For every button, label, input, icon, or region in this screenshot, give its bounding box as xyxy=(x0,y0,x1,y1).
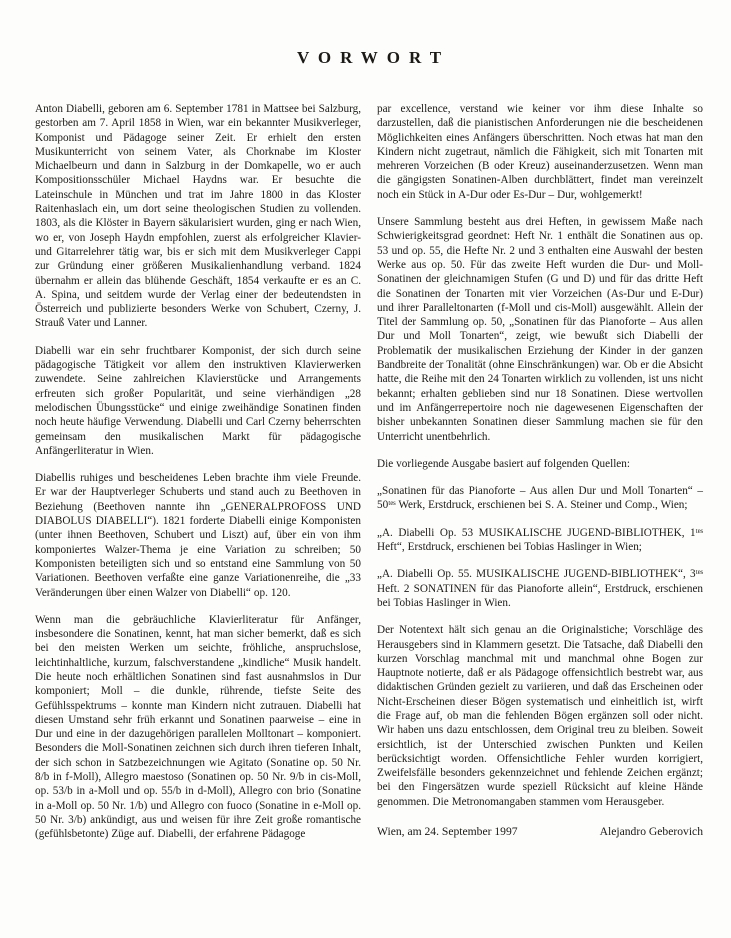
paragraph: Diabellis ruhiges und bescheidenes Leben… xyxy=(35,471,361,600)
paragraph: „Sonatinen für das Pianoforte – Aus alle… xyxy=(377,484,703,513)
signature-row: Wien, am 24. September 1997 Alejandro Ge… xyxy=(377,825,703,838)
paragraph: Die vorliegende Ausgabe basiert auf folg… xyxy=(377,457,703,471)
signature-author: Alejandro Geberovich xyxy=(600,825,703,838)
paragraph: par excellence, verstand wie keiner vor … xyxy=(377,102,703,202)
left-column: Anton Diabelli, geboren am 6. September … xyxy=(35,102,361,842)
paragraph: Diabelli war ein sehr fruchtbarer Kompon… xyxy=(35,344,361,458)
two-column-text: Anton Diabelli, geboren am 6. September … xyxy=(35,102,703,842)
right-column-paragraphs: par excellence, verstand wie keiner vor … xyxy=(377,102,703,809)
paragraph: Der Notentext hält sich genau an die Ori… xyxy=(377,623,703,809)
paragraph: „A. Diabelli Op. 55. MUSIKALISCHE JUGEND… xyxy=(377,567,703,610)
paragraph: Anton Diabelli, geboren am 6. September … xyxy=(35,102,361,331)
signature-place-date: Wien, am 24. September 1997 xyxy=(377,825,518,838)
paragraph: Wenn man die gebräuchliche Klavierlitera… xyxy=(35,613,361,842)
right-column: par excellence, verstand wie keiner vor … xyxy=(377,102,703,842)
paragraph: Unsere Sammlung besteht aus drei Heften,… xyxy=(377,215,703,444)
paragraph: „A. Diabelli Op. 53 MUSIKALISCHE JUGEND-… xyxy=(377,526,703,555)
page-title: VORWORT xyxy=(35,48,703,68)
preface-page: VORWORT Anton Diabelli, geboren am 6. Se… xyxy=(0,0,731,938)
